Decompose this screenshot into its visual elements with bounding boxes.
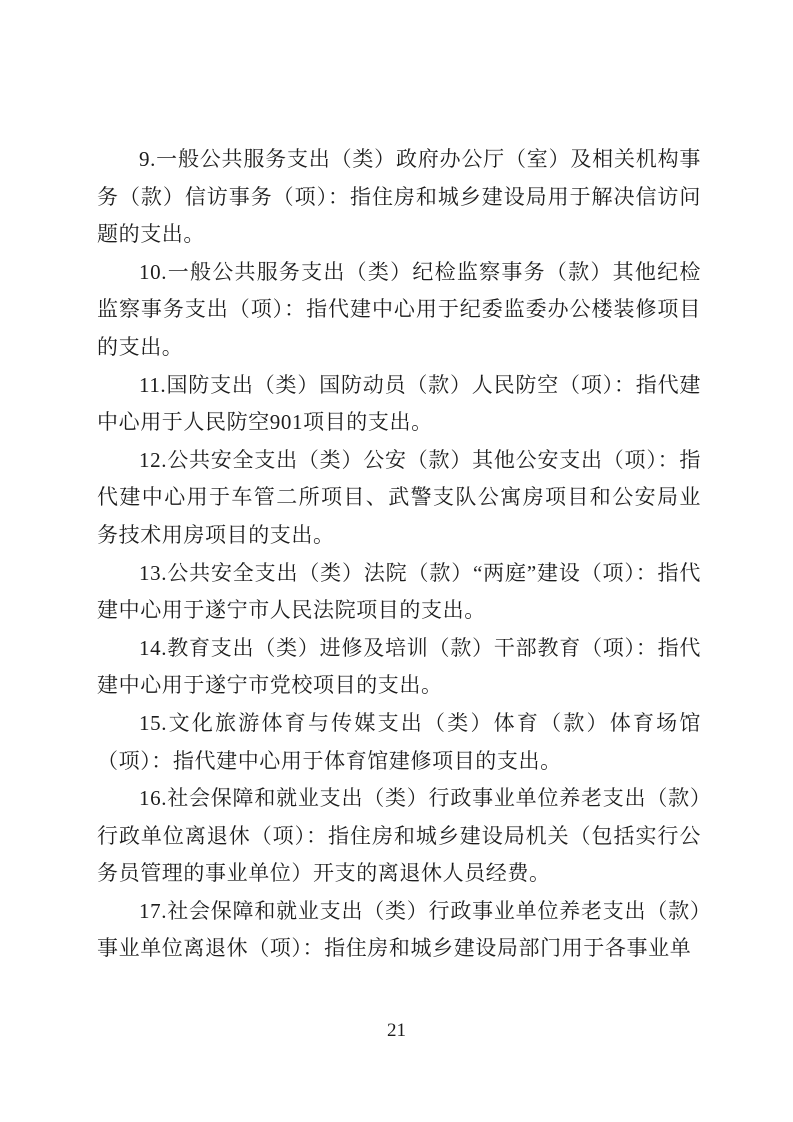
paragraph-item-11: 11.国防支出（类）国防动员（款）人民防空（项）：指代建中心用于人民防空901项… xyxy=(97,367,701,442)
paragraph-item-17: 17.社会保障和就业支出（类）行政事业单位养老支出（款）事业单位离退休（项）：指… xyxy=(97,893,701,968)
document-page: 9.一般公共服务支出（类）政府办公厅（室）及相关机构事务（款）信访事务（项）：指… xyxy=(0,0,793,1122)
paragraph-item-16: 16.社会保障和就业支出（类）行政事业单位养老支出（款）行政单位离退休（项）：指… xyxy=(97,780,701,893)
paragraph-item-14: 14.教育支出（类）进修及培训（款）干部教育（项）：指代建中心用于遂宁市党校项目… xyxy=(97,630,701,705)
paragraph-item-13: 13.公共安全支出（类）法院（款）“两庭”建设（项）：指代建中心用于遂宁市人民法… xyxy=(97,555,701,630)
document-body: 9.一般公共服务支出（类）政府办公厅（室）及相关机构事务（款）信访事务（项）：指… xyxy=(97,141,701,968)
paragraph-item-10: 10.一般公共服务支出（类）纪检监察事务（款）其他纪检监察事务支出（项）：指代建… xyxy=(97,254,701,367)
paragraph-item-9: 9.一般公共服务支出（类）政府办公厅（室）及相关机构事务（款）信访事务（项）：指… xyxy=(97,141,701,254)
paragraph-item-15: 15.文化旅游体育与传媒支出（类）体育（款）体育场馆（项）：指代建中心用于体育馆… xyxy=(97,705,701,780)
paragraph-item-12: 12.公共安全支出（类）公安（款）其他公安支出（项）：指代建中心用于车管二所项目… xyxy=(97,442,701,555)
page-number: 21 xyxy=(0,1020,793,1042)
